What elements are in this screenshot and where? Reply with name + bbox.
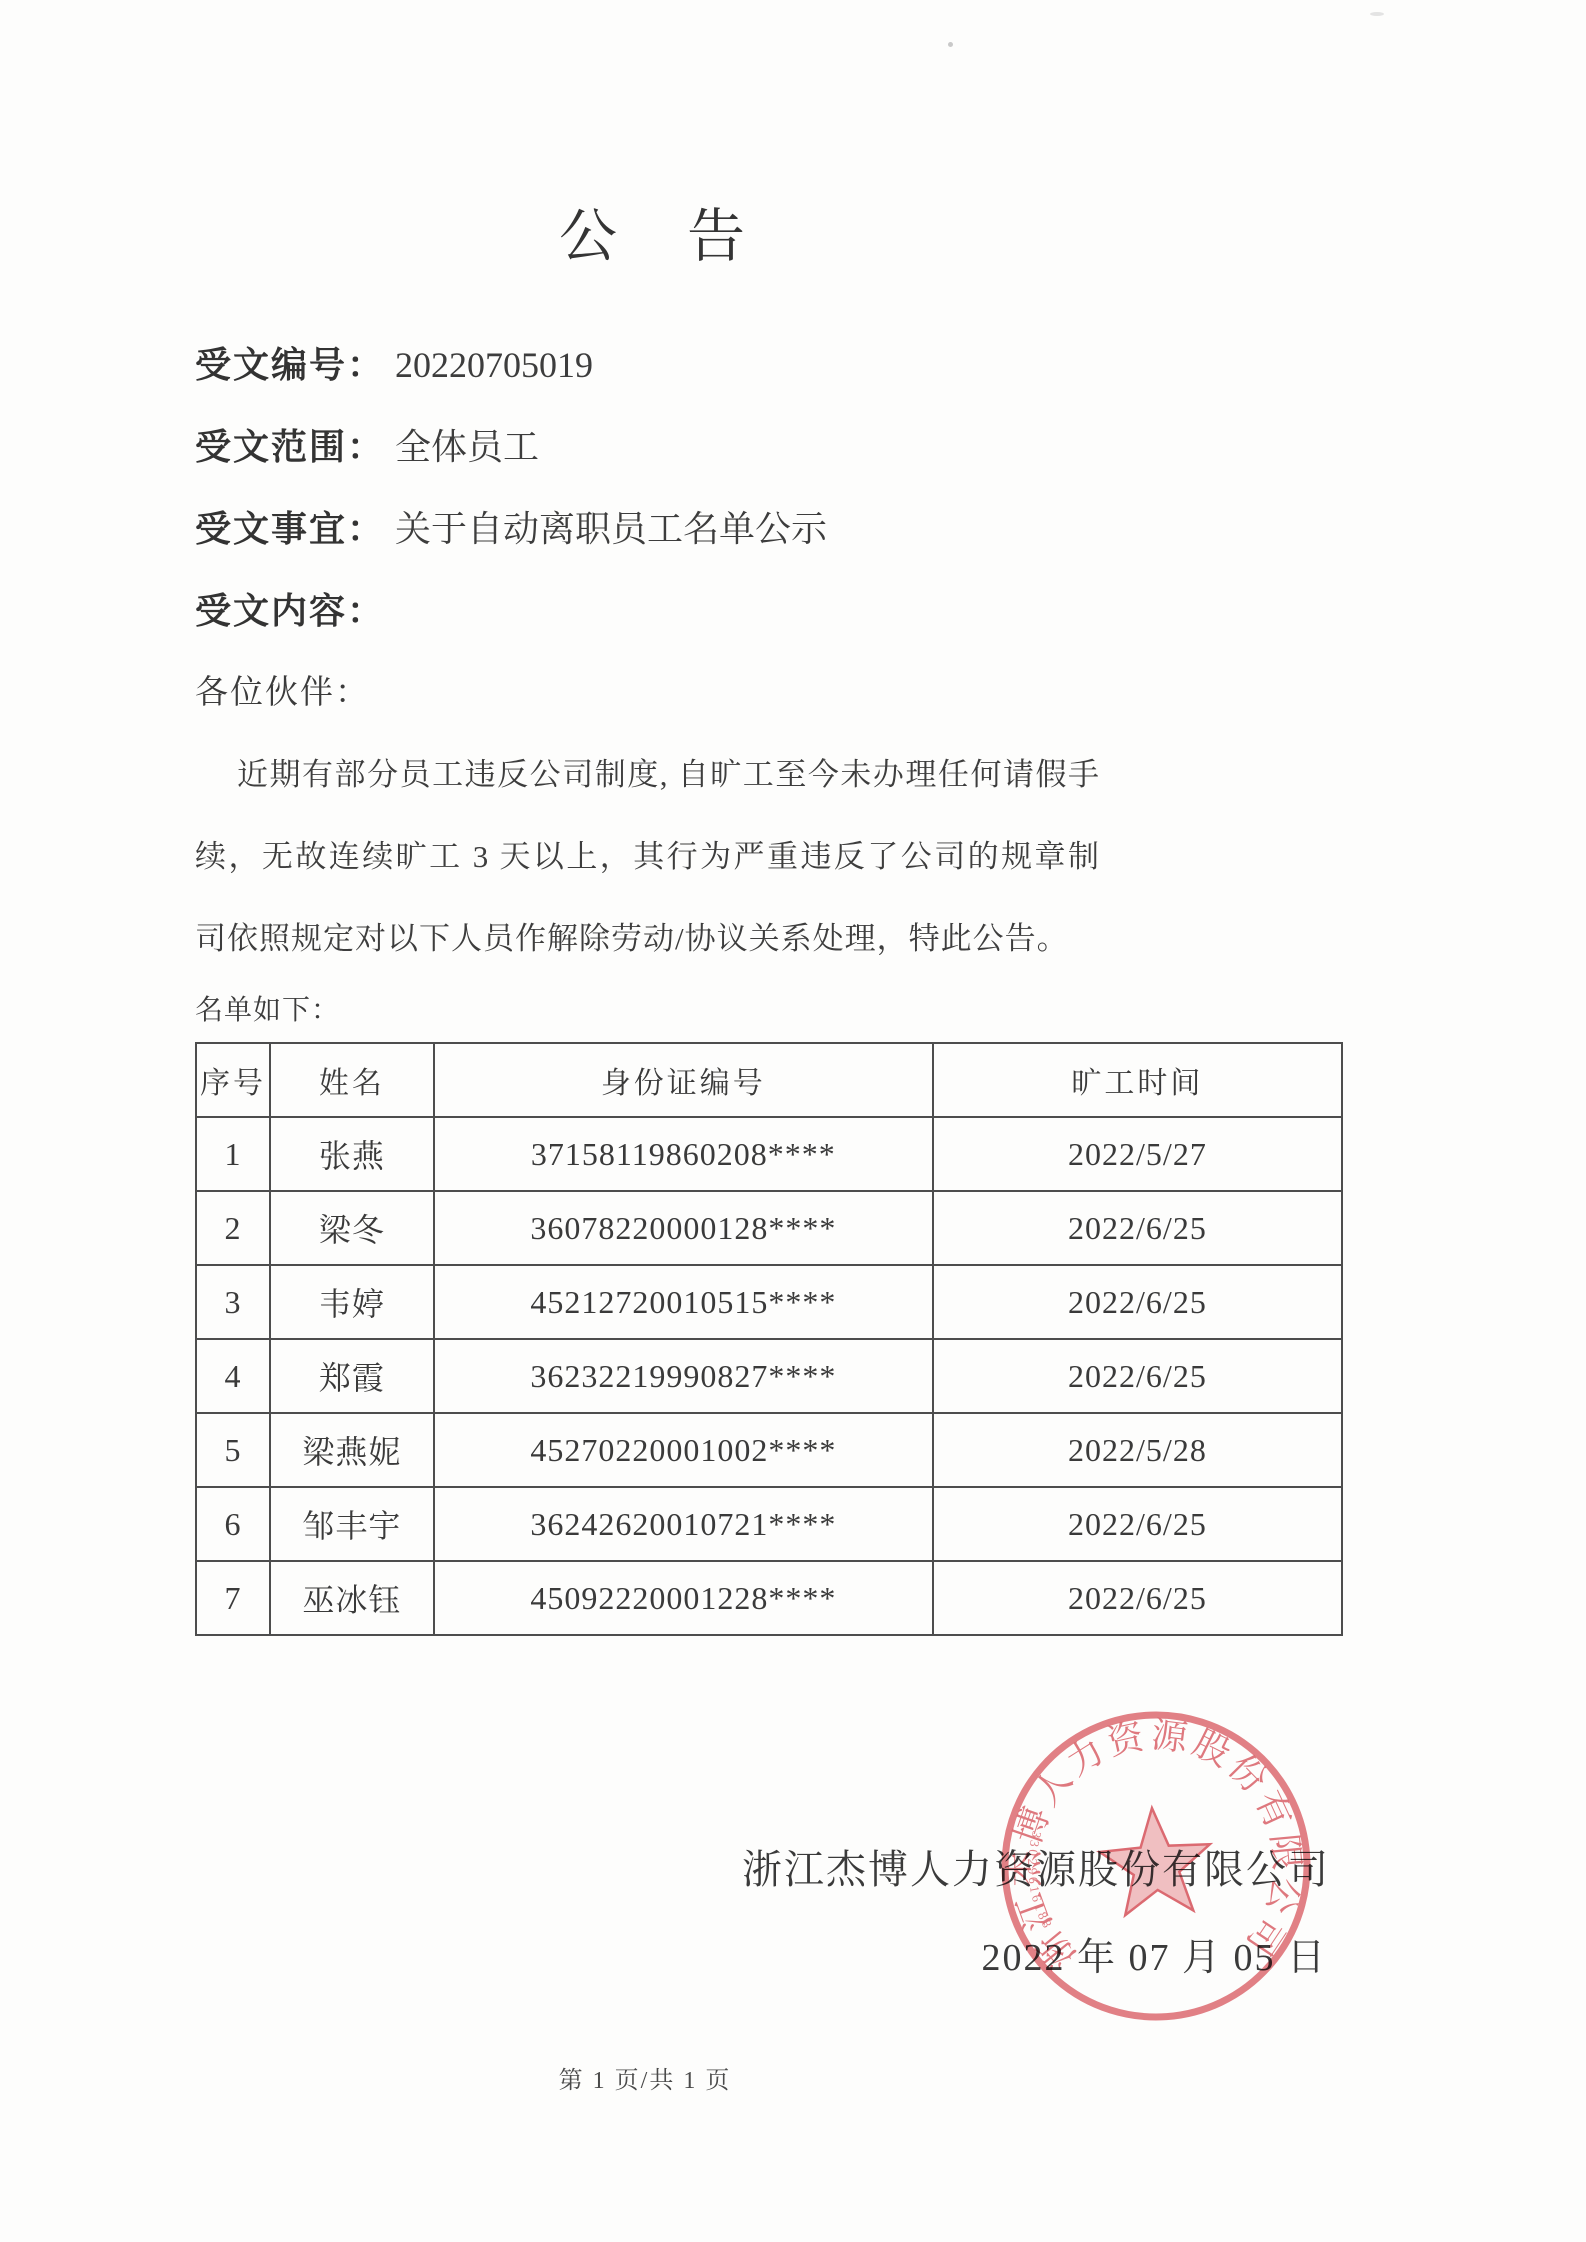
scan-artifact: [948, 42, 953, 47]
cell-name: 梁冬: [270, 1191, 434, 1265]
cell-index: 4: [196, 1339, 270, 1413]
table-row: 2 梁冬 36078220000128**** 2022/6/25: [196, 1191, 1342, 1265]
field-subject: 受文事宜：关于自动离职员工名单公示: [195, 488, 1343, 570]
cell-absence-date: 2022/5/28: [933, 1413, 1342, 1487]
cell-absence-date: 2022/6/25: [933, 1339, 1342, 1413]
cell-id: 37158119860208****: [434, 1117, 933, 1191]
field-scope: 受文范围：全体员工: [195, 406, 1343, 488]
cell-name: 张燕: [270, 1117, 434, 1191]
cell-name: 郑霞: [270, 1339, 434, 1413]
cell-absence-date: 2022/6/25: [933, 1561, 1342, 1635]
paragraph-line: 续，无故连续旷工 3 天以上，其行为严重违反了公司的规章制度，公: [195, 816, 1100, 898]
cell-name: 巫冰钰: [270, 1561, 434, 1635]
table-row: 7 巫冰钰 45092220001228**** 2022/6/25: [196, 1561, 1342, 1635]
list-intro: 名单如下：: [195, 980, 1343, 1036]
cell-id: 36232219990827****: [434, 1339, 933, 1413]
cell-absence-date: 2022/6/25: [933, 1191, 1342, 1265]
field-value: 20220705019: [395, 345, 593, 385]
announcement-document: 公 告 受文编号：20220705019 受文范围：全体员工 受文事宜：关于自动…: [0, 0, 1586, 2242]
salutation: 各位伙伴：: [195, 652, 1343, 734]
table-row: 4 郑霞 36232219990827**** 2022/6/25: [196, 1339, 1342, 1413]
announcement-paragraph: 近期有部分员工违反公司制度, 自旷工至今未办理任何请假手 续，无故连续旷工 3 …: [195, 734, 1100, 980]
cell-id: 45270220001002****: [434, 1413, 933, 1487]
field-value: 关于自动离职员工名单公示: [395, 509, 827, 549]
field-doc-number: 受文编号：20220705019: [195, 324, 1343, 406]
stamp-star-icon: [1097, 1804, 1214, 1916]
cell-id: 36078220000128****: [434, 1191, 933, 1265]
cell-index: 6: [196, 1487, 270, 1561]
cell-id: 45092220001228****: [434, 1561, 933, 1635]
table-row: 5 梁燕妮 45270220001002**** 2022/5/28: [196, 1413, 1342, 1487]
cell-absence-date: 2022/6/25: [933, 1265, 1342, 1339]
table-row: 6 邹丰宇 36242620010721**** 2022/6/25: [196, 1487, 1342, 1561]
field-value: 全体员工: [395, 427, 539, 467]
header-cell-index: 序号: [196, 1043, 270, 1117]
scan-artifact: [1370, 12, 1384, 16]
table-row: 1 张燕 37158119860208**** 2022/5/27: [196, 1117, 1342, 1191]
cell-index: 1: [196, 1117, 270, 1191]
field-label: 受文事宜：: [195, 509, 385, 549]
cell-absence-date: 2022/6/25: [933, 1487, 1342, 1561]
page-number: 第 1 页/共 1 页: [395, 2060, 895, 2095]
field-label: 受文编号：: [195, 345, 385, 385]
field-label: 受文内容：: [195, 591, 385, 631]
cell-id: 45212720010515****: [434, 1265, 933, 1339]
page-title: 公 告: [0, 189, 1310, 273]
cell-absence-date: 2022/5/27: [933, 1117, 1342, 1191]
table-header-row: 序号 姓名 身份证编号 旷工时间: [196, 1043, 1342, 1117]
cell-index: 5: [196, 1413, 270, 1487]
header-cell-absence-date: 旷工时间: [933, 1043, 1342, 1117]
document-body: 受文编号：20220705019 受文范围：全体员工 受文事宜：关于自动离职员工…: [195, 324, 1343, 1636]
header-cell-id: 身份证编号: [434, 1043, 933, 1117]
cell-name: 韦婷: [270, 1265, 434, 1339]
paragraph-line: 近期有部分员工违反公司制度, 自旷工至今未办理任何请假手: [195, 734, 1100, 816]
cell-id: 36242620010721****: [434, 1487, 933, 1561]
dismissed-employee-table: 序号 姓名 身份证编号 旷工时间 1 张燕 37158119860208****…: [195, 1042, 1343, 1636]
field-content: 受文内容：: [195, 570, 1343, 652]
paragraph-line: 司依照规定对以下人员作解除劳动/协议关系处理，特此公告。: [195, 898, 1100, 980]
cell-name: 梁燕妮: [270, 1413, 434, 1487]
field-label: 受文范围：: [195, 427, 385, 467]
header-cell-name: 姓名: [270, 1043, 434, 1117]
cell-index: 7: [196, 1561, 270, 1635]
company-seal-stamp: 浙江杰博人力资源股份有限公司 33029616188: [985, 1695, 1327, 2037]
cell-name: 邹丰宇: [270, 1487, 434, 1561]
table-row: 3 韦婷 45212720010515**** 2022/6/25: [196, 1265, 1342, 1339]
cell-index: 2: [196, 1191, 270, 1265]
cell-index: 3: [196, 1265, 270, 1339]
